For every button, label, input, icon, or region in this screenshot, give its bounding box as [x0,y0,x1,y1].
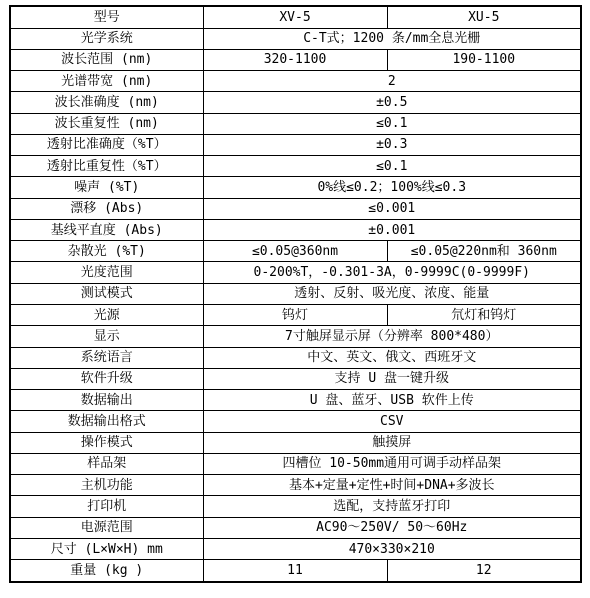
spec-value: 氘灯和钨灯 [387,304,581,325]
table-row: 光源钨灯氘灯和钨灯 [10,304,581,325]
spec-value: 320-1100 [203,49,387,70]
spec-label: 波长重复性 (nm) [10,113,203,134]
table-row: 软件升级支持 U 盘一键升级 [10,368,581,389]
table-row: 型号XV-5XU-5 [10,6,581,28]
spec-value: 2 [203,71,581,92]
spec-label: 光学系统 [10,28,203,49]
spec-value: C-T式；1200 条/mm全息光栅 [203,28,581,49]
spec-label: 测试模式 [10,283,203,304]
spec-label: 波长准确度 (nm) [10,92,203,113]
spec-value: 0%线≤0.2；100%线≤0.3 [203,177,581,198]
spec-label: 主机功能 [10,475,203,496]
spec-value: 470×330×210 [203,538,581,559]
spec-label: 噪声 (%T) [10,177,203,198]
spec-value: U 盘、蓝牙、USB 软件上传 [203,390,581,411]
table-row: 漂移 (Abs)≤0.001 [10,198,581,219]
spec-label: 杂散光 (%T) [10,241,203,262]
spec-label: 波长范围 (nm) [10,49,203,70]
spec-value: 透射、反射、吸光度、浓度、能量 [203,283,581,304]
spec-label: 软件升级 [10,368,203,389]
table-row: 透射比重复性（%T）≤0.1 [10,156,581,177]
spec-label: 透射比准确度（%T） [10,134,203,155]
spec-table: 型号XV-5XU-5光学系统C-T式；1200 条/mm全息光栅波长范围 (nm… [9,5,582,583]
spec-value: 190-1100 [387,49,581,70]
table-row: 噪声 (%T)0%线≤0.2；100%线≤0.3 [10,177,581,198]
spec-label: 光度范围 [10,262,203,283]
table-row: 打印机选配，支持蓝牙打印 [10,496,581,517]
spec-value: ±0.3 [203,134,581,155]
table-row: 基线平直度 (Abs)±0.001 [10,219,581,240]
spec-value: 触摸屏 [203,432,581,453]
spec-label: 显示 [10,326,203,347]
spec-label: 打印机 [10,496,203,517]
table-row: 重量 (kg )1112 [10,560,581,582]
spec-label: 基线平直度 (Abs) [10,219,203,240]
table-row: 波长准确度 (nm)±0.5 [10,92,581,113]
spec-label: 数据输出 [10,390,203,411]
table-row: 显示7寸触屏显示屏（分辨率 800*480） [10,326,581,347]
spec-value: ±0.5 [203,92,581,113]
spec-value: 11 [203,560,387,582]
spec-label: 样品架 [10,453,203,474]
spec-label: 型号 [10,6,203,28]
spec-label: 系统语言 [10,347,203,368]
spec-value: ≤0.05@220nm和 360nm [387,241,581,262]
table-row: 操作模式触摸屏 [10,432,581,453]
table-row: 电源范围AC90～250V/ 50～60Hz [10,517,581,538]
table-row: 波长范围 (nm)320-1100190-1100 [10,49,581,70]
table-row: 光谱带宽 (nm)2 [10,71,581,92]
spec-value: 支持 U 盘一键升级 [203,368,581,389]
table-row: 透射比准确度（%T）±0.3 [10,134,581,155]
spec-value: 选配，支持蓝牙打印 [203,496,581,517]
table-row: 光学系统C-T式；1200 条/mm全息光栅 [10,28,581,49]
spec-value: ±0.001 [203,219,581,240]
spec-value: CSV [203,411,581,432]
spec-value: ≤0.001 [203,198,581,219]
spec-value: 12 [387,560,581,582]
table-row: 波长重复性 (nm)≤0.1 [10,113,581,134]
spec-value: 0-200%T，-0.301-3A，0-9999C(0-9999F) [203,262,581,283]
table-row: 数据输出格式CSV [10,411,581,432]
spec-label: 漂移 (Abs) [10,198,203,219]
spec-value: XV-5 [203,6,387,28]
spec-label: 透射比重复性（%T） [10,156,203,177]
table-row: 数据输出U 盘、蓝牙、USB 软件上传 [10,390,581,411]
spec-value: 钨灯 [203,304,387,325]
spec-label: 光源 [10,304,203,325]
spec-value: ≤0.05@360nm [203,241,387,262]
spec-label: 数据输出格式 [10,411,203,432]
spec-value: ≤0.1 [203,113,581,134]
spec-label: 重量 (kg ) [10,560,203,582]
spec-value: 中文、英文、俄文、西班牙文 [203,347,581,368]
spec-label: 尺寸 (L×W×H) mm [10,538,203,559]
table-row: 杂散光 (%T)≤0.05@360nm≤0.05@220nm和 360nm [10,241,581,262]
table-row: 样品架四槽位 10-50mm通用可调手动样品架 [10,453,581,474]
spec-value: 四槽位 10-50mm通用可调手动样品架 [203,453,581,474]
spec-label: 电源范围 [10,517,203,538]
spec-value: ≤0.1 [203,156,581,177]
spec-value: AC90～250V/ 50～60Hz [203,517,581,538]
table-row: 尺寸 (L×W×H) mm470×330×210 [10,538,581,559]
spec-value: 基本+定量+定性+时间+DNA+多波长 [203,475,581,496]
table-row: 光度范围0-200%T，-0.301-3A，0-9999C(0-9999F) [10,262,581,283]
table-row: 主机功能基本+定量+定性+时间+DNA+多波长 [10,475,581,496]
spec-value: XU-5 [387,6,581,28]
table-row: 测试模式透射、反射、吸光度、浓度、能量 [10,283,581,304]
spec-label: 操作模式 [10,432,203,453]
table-row: 系统语言中文、英文、俄文、西班牙文 [10,347,581,368]
spec-label: 光谱带宽 (nm) [10,71,203,92]
spec-value: 7寸触屏显示屏（分辨率 800*480） [203,326,581,347]
